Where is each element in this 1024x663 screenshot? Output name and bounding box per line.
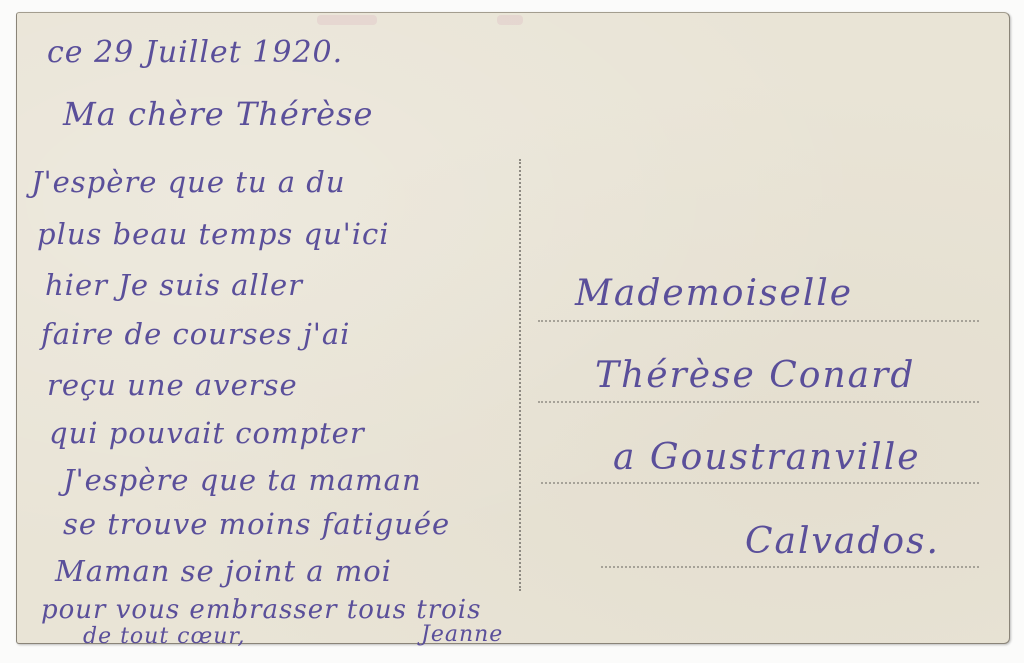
- message-line: Maman se joint a moi: [55, 554, 392, 588]
- ink-bleed-mark: [317, 15, 377, 25]
- postcard-back: ce 29 Juillet 1920. Ma chère Thérèse J'e…: [16, 12, 1010, 644]
- address-recipient-name: Thérèse Conard: [595, 355, 915, 396]
- address-rule: [541, 482, 979, 484]
- message-line: J'espère que tu a du: [31, 165, 346, 199]
- address-rule: [601, 566, 979, 568]
- message-line: pour vous embrasser tous trois: [41, 595, 481, 625]
- message-line: J'espère que ta maman: [63, 463, 422, 497]
- message-date: ce 29 Juillet 1920.: [47, 35, 343, 70]
- address-recipient-title: Mademoiselle: [575, 273, 853, 314]
- address-town: a Goustranville: [613, 437, 921, 478]
- message-line: faire de courses j'ai: [41, 317, 350, 351]
- address-department: Calvados.: [745, 521, 940, 562]
- scan-background: ce 29 Juillet 1920. Ma chère Thérèse J'e…: [0, 0, 1024, 663]
- address-rule: [538, 401, 979, 403]
- message-line: hier Je suis aller: [45, 268, 303, 302]
- message-line: se trouve moins fatiguée: [63, 507, 450, 541]
- message-line: qui pouvait compter: [49, 416, 365, 450]
- message-salutation: Ma chère Thérèse: [63, 95, 373, 133]
- message-line: reçu une averse: [47, 368, 298, 402]
- message-signature: Jeanne: [421, 622, 503, 647]
- message-line: plus beau temps qu'ici: [37, 217, 390, 251]
- postcard-divider: [519, 159, 521, 591]
- ink-bleed-mark: [497, 15, 523, 25]
- message-closing: de tout cœur,: [83, 624, 246, 649]
- address-rule: [538, 320, 979, 322]
